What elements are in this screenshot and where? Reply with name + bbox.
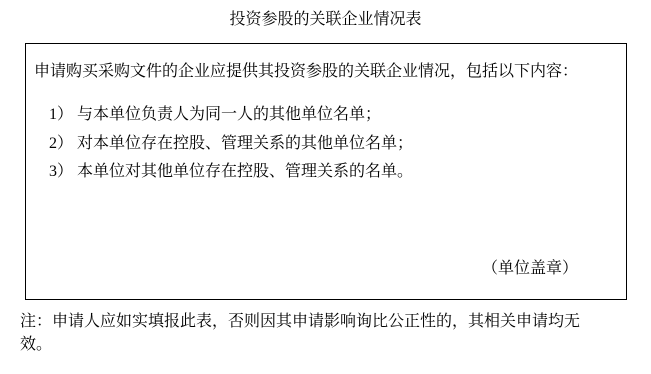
note-line-1: 注：申请人应如实填报此表，否则因其申请影响询比公正性的，其相关申请均无 (20, 310, 630, 333)
document-page: 投资参股的关联企业情况表 申请购买采购文件的企业应提供其投资参股的关联企业情况，… (0, 0, 651, 374)
note-text: 注：申请人应如实填报此表，否则因其申请影响询比公正性的，其相关申请均无 效。 (20, 310, 630, 356)
list-item-1: 1） 与本单位负责人为同一人的其他单位名单； (49, 106, 381, 124)
content-box: 申请购买采购文件的企业应提供其投资参股的关联企业情况，包括以下内容： 1） 与本… (25, 43, 627, 300)
list-item-3: 3） 本单位对其他单位存在控股、管理关系的名单。 (49, 163, 413, 181)
list-item-2: 2） 对本单位存在控股、管理关系的其他单位名单； (49, 135, 413, 153)
intro-text: 申请购买采购文件的企业应提供其投资参股的关联企业情况，包括以下内容： (34, 63, 578, 81)
page-title: 投资参股的关联企业情况表 (0, 11, 651, 29)
seal-label: （单位盖章） (482, 260, 578, 278)
note-line-2: 效。 (20, 333, 630, 356)
